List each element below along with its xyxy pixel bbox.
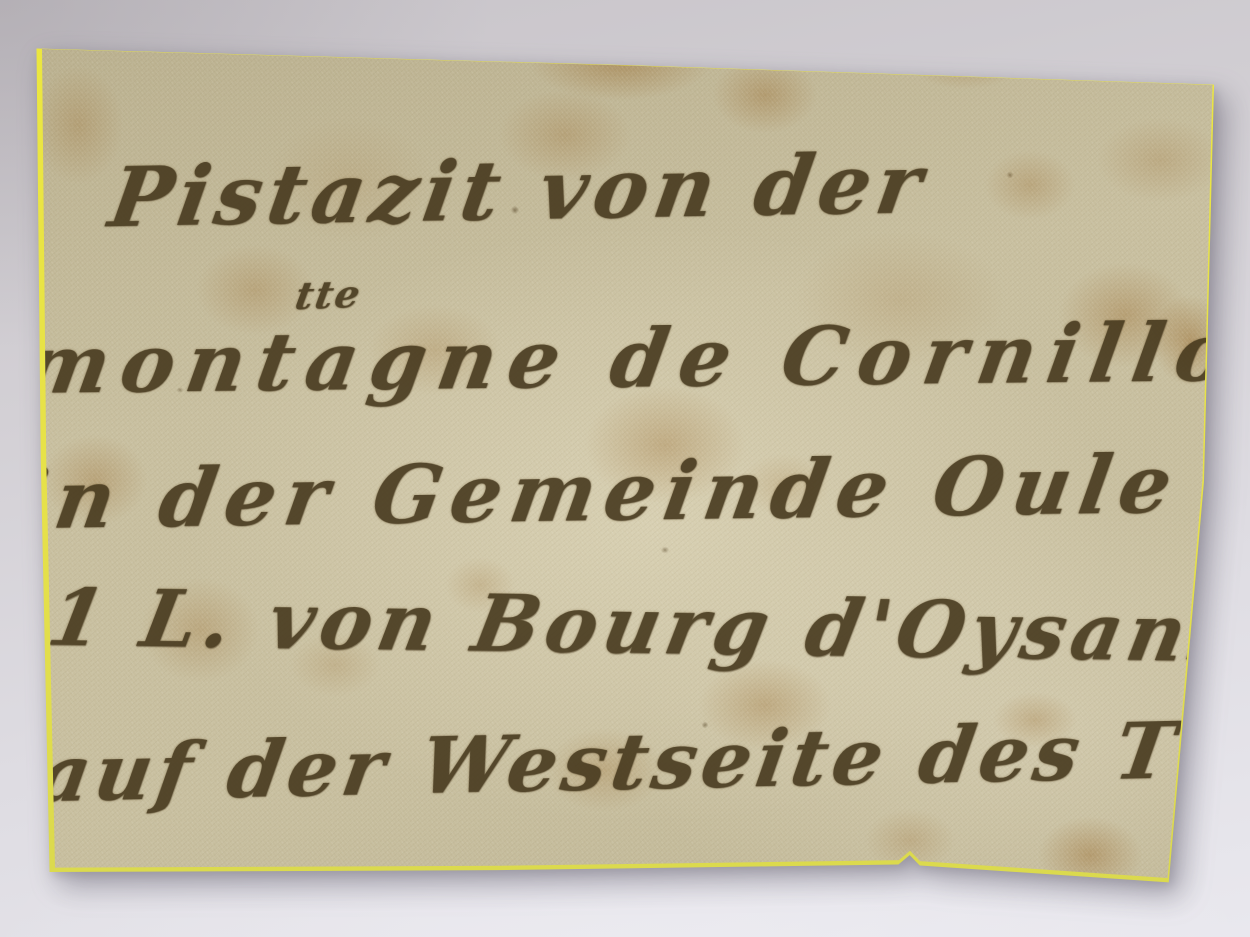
handwritten-line-2: montagne de Cornillon (18, 311, 1250, 404)
handwritten-line-3: in der Gemeinde Oule (10, 444, 1186, 540)
specimen-label: Pistazit von der tte montagne de Cornill… (0, 0, 1250, 937)
handwritten-line-1: Pistazit von der (104, 143, 933, 239)
label-paper: Pistazit von der tte montagne de Cornill… (0, 0, 1250, 937)
photo-background: Pistazit von der tte montagne de Cornill… (0, 0, 1250, 937)
superscript-insertion: tte (292, 275, 364, 315)
handwritten-line-4: 1 L. von Bourg d'Oysans (42, 580, 1248, 675)
